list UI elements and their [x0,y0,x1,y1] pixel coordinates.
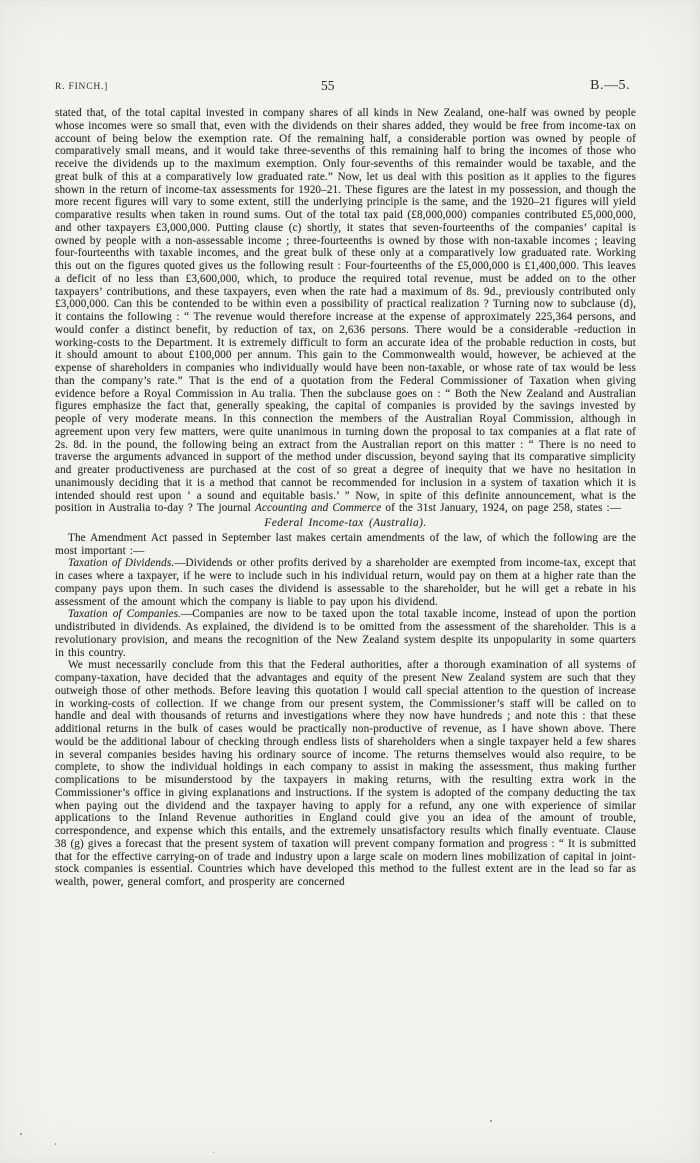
section-heading: Federal Income-tax (Australia). [55,517,636,530]
sidehead-italic: Taxation of Dividends. [68,557,174,569]
ink-speck [20,1133,22,1135]
paragraph-text: of the 31st January, 1924, on page 258, … [381,502,621,514]
running-header-left: R. FINCH.] [55,82,108,92]
paragraph-taxation-of-companies: Taxation of Companies.—Companies are now… [55,608,636,659]
paragraph-amendment-act: The Amendment Act passed in September la… [55,532,636,558]
paragraph-text: The Amendment Act passed in September la… [55,532,636,557]
journal-title-italic: Accounting and Commerce [255,502,381,514]
ink-speck [490,1120,492,1122]
page-number: 55 [321,78,335,94]
document-body: stated that, of the total capital invest… [55,107,636,889]
paragraph-text: stated that, of the total capital invest… [55,107,636,514]
ink-speck [213,1152,214,1153]
paragraph-text: We must necessarily conclude from this t… [55,659,636,888]
paragraph-conclusion: We must necessarily conclude from this t… [55,659,636,889]
paragraph-taxation-of-dividends: Taxation of Dividends.—Dividends or othe… [55,557,636,608]
document-page: R. FINCH.] 55 B.—5. stated that, of the … [0,0,700,1163]
page-header: R. FINCH.] 55 B.—5. [55,78,636,96]
paragraph-continuation: stated that, of the total capital invest… [55,107,636,515]
ink-speck [55,1143,56,1145]
paper-reference: B.—5. [590,78,630,94]
sidehead-italic: Taxation of Companies. [68,608,181,620]
